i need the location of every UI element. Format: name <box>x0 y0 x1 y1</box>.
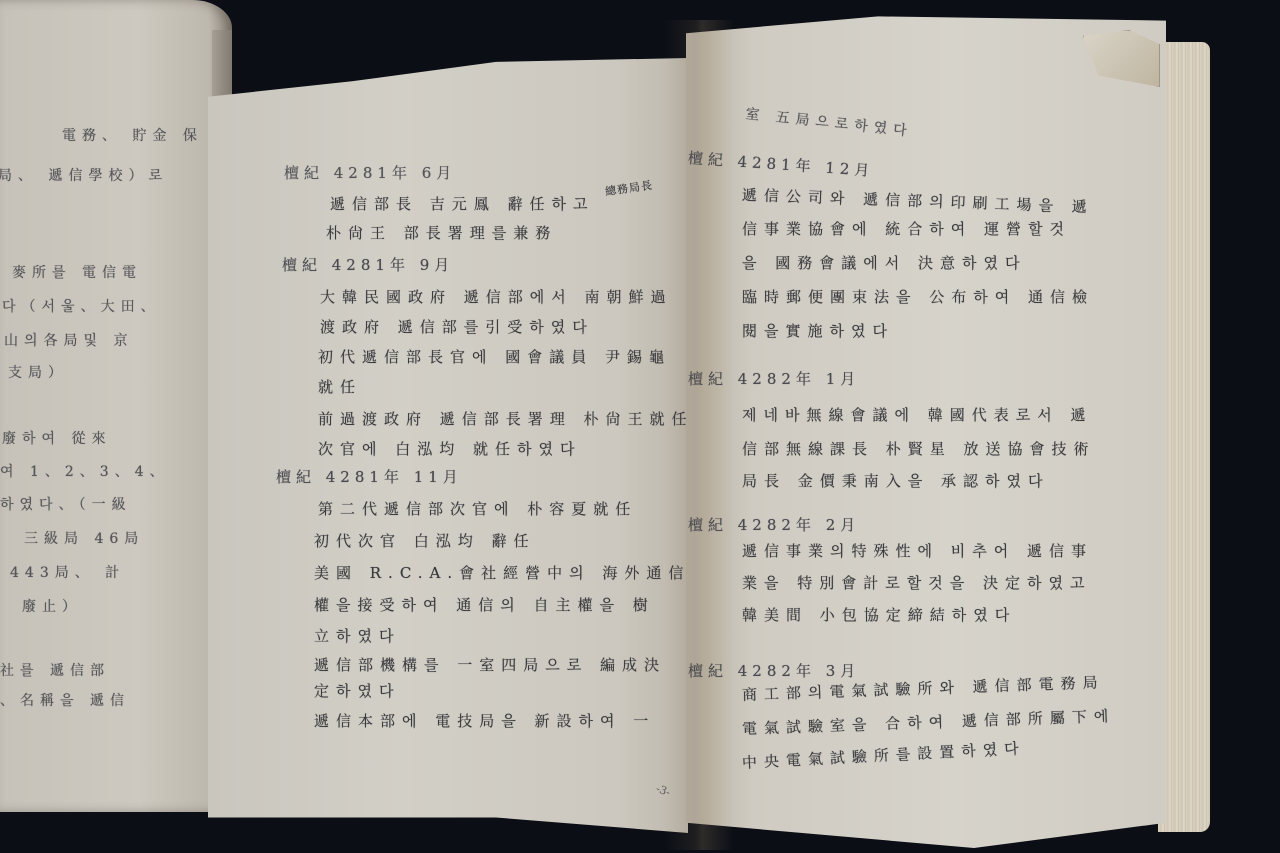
left-text-line: 支局） <box>8 362 68 382</box>
entry-date: 檀紀 4281年 6月 <box>284 162 456 183</box>
entry-line: 遞信事業의特殊性에 비추어 遞信事 <box>742 540 1093 561</box>
entry-line: 閱을實施하였다 <box>742 320 894 341</box>
entry-line: 第二代遞信部次官에 朴容夏就任 <box>318 498 637 519</box>
photo-scene: 電務、 貯金 保 局、 遞信學校）로 麥所를 電信電 다（서울、大田、 山의各局… <box>0 0 1280 853</box>
left-text-line: 局、 遞信學校）로 <box>0 165 168 185</box>
entry-line: 局長 金價秉南入을 承認하였다 <box>742 470 1050 491</box>
left-text-line: 電務、 貯金 保 <box>62 125 203 145</box>
entry-line: 就任 <box>318 376 362 397</box>
entry-line: 信部無線課長 朴賢星 放送協會技術 <box>742 438 1096 459</box>
entry-line: 渡政府 遞信部를引受하였다 <box>320 316 594 337</box>
left-book-page: 電務、 貯金 保 局、 遞信學校）로 麥所를 電信電 다（서울、大田、 山의各局… <box>0 0 232 812</box>
entry-date: 檀紀 4282年 3月 <box>688 660 860 681</box>
entry-line: 美國 R.C.A.會社經營中의 海外通信 <box>314 562 690 583</box>
entry-line: 信事業協會에 統合하여 運營할것 <box>742 218 1071 239</box>
entry-date: 檀紀 4282年 2月 <box>688 514 860 535</box>
entry-line: 을 國務會議에서 決意하였다 <box>742 252 1026 273</box>
entry-date: 檀紀 4282年 1月 <box>688 368 860 389</box>
entry-line: 次官에 白泓均 就任하였다 <box>318 438 582 459</box>
left-text-line: 、名稱을 遞信 <box>0 690 130 710</box>
left-text-line: 廢止） <box>22 596 82 616</box>
entry-line: 제네바無線會議에 韓國代表로서 遞 <box>742 404 1092 425</box>
left-text-line: 廢하여 從來 <box>2 428 112 448</box>
left-text-line: 하였다、（一級 <box>0 494 132 514</box>
entry-line: 權을接受하여 通信의 自主權을 樹 <box>314 594 655 615</box>
left-text-line: 다（서울、大田、 <box>2 296 161 316</box>
left-text-line: 麥所를 電信電 <box>12 262 142 282</box>
entry-line: 韓美間 小包協定締結하였다 <box>742 604 1016 625</box>
entry-line: 遞信本部에 電技局을 新設하여 一 <box>314 710 655 731</box>
entry-line: 遞信部機構를 一室四局으로 編成決 <box>314 654 666 675</box>
entry-line: 立하였다 <box>314 625 400 646</box>
entry-date: 檀紀 4281年 11月 <box>276 466 463 487</box>
entry-line: 初代次官 白泓均 辭任 <box>314 530 536 551</box>
entry-line: 前過渡政府 遞信部長署理 朴尙王就任 <box>318 408 694 429</box>
left-text-line: 三級局 46局 <box>24 528 144 548</box>
entry-date: 檀紀 4281年 9月 <box>282 254 454 275</box>
left-text-line: 443局、 計 <box>10 562 125 582</box>
entry-line: 初代遞信部長官에 國會議員 尹錫龜 <box>318 346 671 367</box>
left-text-line: 山의各局및 京 <box>4 330 134 350</box>
entry-line: 定하였다 <box>314 680 400 701</box>
entry-line: 遞信部長 吉元鳳 辭任하고 <box>330 193 595 214</box>
entry-line: 大韓民國政府 遞信部에서 南朝鮮過 <box>320 286 673 307</box>
left-text-line: 여 1、2、3、4、 <box>0 461 170 481</box>
gutter-shadow <box>664 20 734 850</box>
entry-line: 臨時郵便團束法을 公布하여 通信檢 <box>742 286 1094 307</box>
left-text-line: 社를 遞信部 <box>0 660 110 680</box>
entry-line: 朴尙王 部長署理를兼務 <box>326 222 557 243</box>
entry-line: 業을 特別會計로할것을 決定하였고 <box>742 572 1091 593</box>
